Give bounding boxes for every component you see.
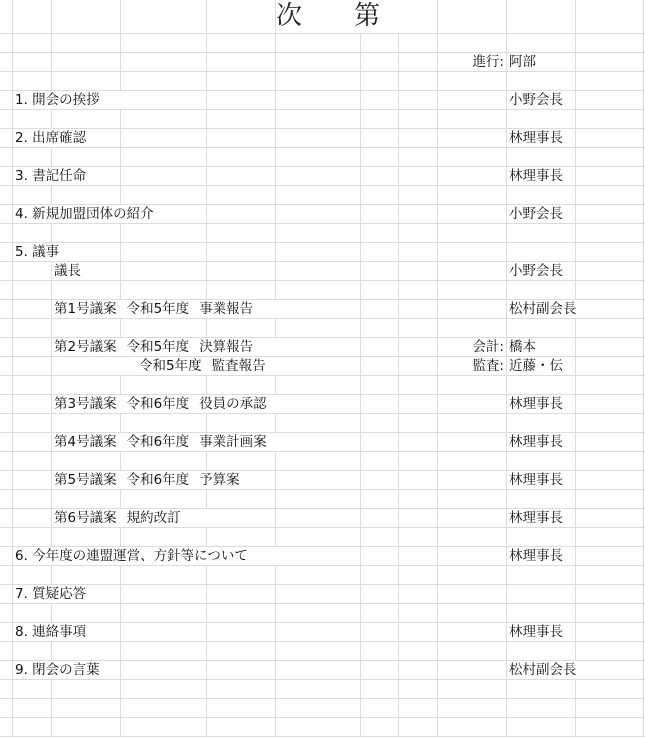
agenda-item-8[interactable]: 8. 連絡事項 <box>13 623 120 641</box>
chair-label[interactable]: 議長 <box>52 262 102 280</box>
agenda-item-2[interactable]: 2. 出席確認 <box>13 129 120 147</box>
bill-1[interactable]: 第1号議案令和5年度事業報告 <box>52 300 292 318</box>
bill-5-number: 第5号議案 <box>54 472 117 488</box>
grid-row-line <box>0 185 645 186</box>
bill-2-audit-role[interactable]: 監査: <box>438 357 506 375</box>
grid-row-line <box>0 33 645 34</box>
bill-2-year: 令和5年度 <box>127 339 190 355</box>
agenda-item-1[interactable]: 1. 開会の挨拶 <box>13 91 153 109</box>
agenda-item-4-person[interactable]: 小野会長 <box>507 205 575 223</box>
bill-2-number: 第2号議案 <box>54 339 117 355</box>
grid-row-line <box>0 280 645 281</box>
bill-2-audit-year: 令和5年度 <box>139 358 202 374</box>
agenda-item-6-person[interactable]: 林理事長 <box>507 547 575 565</box>
agenda-item-9[interactable]: 9. 閉会の言葉 <box>13 661 120 679</box>
grid-row-line <box>0 717 645 718</box>
bill-2-audit[interactable]: 令和5年度監査報告 <box>118 357 292 375</box>
agenda-item-8-person[interactable]: 林理事長 <box>507 623 575 641</box>
grid-row-line <box>0 698 645 699</box>
bill-4-number: 第4号議案 <box>54 434 117 450</box>
bill-2-role[interactable]: 会計: <box>438 338 506 356</box>
bill-6[interactable]: 第6号議案規約改訂 <box>52 509 212 527</box>
grid-row-line <box>0 147 645 148</box>
bill-5-year: 令和6年度 <box>127 472 190 488</box>
bill-3-person[interactable]: 林理事長 <box>507 395 575 413</box>
bill-2-audit-topic: 監査報告 <box>212 358 266 374</box>
agenda-item-6[interactable]: 6. 今年度の連盟運営、方針等について <box>13 547 285 565</box>
bill-4-topic: 事業計画案 <box>199 434 267 450</box>
bill-1-topic: 事業報告 <box>199 301 253 317</box>
agenda-item-7[interactable]: 7. 質疑応答 <box>13 585 120 603</box>
grid-column-line <box>398 0 399 737</box>
facilitator-name[interactable]: 阿部 <box>507 53 575 71</box>
grid-column-line <box>360 0 361 737</box>
grid-column-line <box>643 0 644 737</box>
grid-column-line <box>575 0 576 737</box>
grid-row-line <box>0 451 645 452</box>
grid-row-line <box>0 413 645 414</box>
bill-3-year: 令和6年度 <box>127 396 190 412</box>
bill-5-topic: 予算案 <box>199 472 240 488</box>
agenda-item-9-person[interactable]: 松村副会長 <box>507 661 595 679</box>
bill-6-number: 第6号議案 <box>54 510 117 526</box>
bill-2-topic: 決算報告 <box>199 339 253 355</box>
grid-row-line <box>0 527 645 528</box>
bill-3-topic: 役員の承認 <box>199 396 267 412</box>
grid-row-line <box>0 318 645 319</box>
grid-row-line <box>0 71 645 72</box>
chair-person[interactable]: 小野会長 <box>507 262 575 280</box>
agenda-item-2-person[interactable]: 林理事長 <box>507 129 575 147</box>
agenda-item-5[interactable]: 5. 議事 <box>13 243 73 261</box>
bill-6-topic: 規約改訂 <box>127 510 181 526</box>
bill-5[interactable]: 第5号議案令和6年度予算案 <box>52 471 274 489</box>
grid-row-line <box>0 603 645 604</box>
agenda-item-1-person[interactable]: 小野会長 <box>507 91 575 109</box>
grid-row-line <box>0 565 645 566</box>
bill-2-audit-person[interactable]: 近藤・伝 <box>507 357 575 375</box>
agenda-item-4[interactable]: 4. 新規加盟団体の紹介 <box>13 205 206 223</box>
agenda-item-3-person[interactable]: 林理事長 <box>507 167 575 185</box>
bill-1-year: 令和5年度 <box>127 301 190 317</box>
grid-row-line <box>0 641 645 642</box>
bill-2[interactable]: 第2号議案令和5年度決算報告 <box>52 338 292 356</box>
bill-1-person[interactable]: 松村副会長 <box>507 300 595 318</box>
grid-row-line <box>0 679 645 680</box>
grid-row-line <box>0 375 645 376</box>
grid-row-line <box>0 242 645 243</box>
sheet-title[interactable]: 次 第 <box>276 0 436 33</box>
bill-4-person[interactable]: 林理事長 <box>507 433 575 451</box>
bill-3-number: 第3号議案 <box>54 396 117 412</box>
bill-5-person[interactable]: 林理事長 <box>507 471 575 489</box>
bill-3[interactable]: 第3号議案令和6年度役員の承認 <box>52 395 302 413</box>
spreadsheet-grid[interactable]: 次 第 進行: 阿部 1. 開会の挨拶 小野会長 2. 出席確認 林理事長 3.… <box>0 0 645 737</box>
bill-6-person[interactable]: 林理事長 <box>507 509 575 527</box>
bill-2-person[interactable]: 橋本 <box>507 338 575 356</box>
grid-row-line <box>0 109 645 110</box>
grid-row-line <box>0 489 645 490</box>
grid-row-line <box>0 223 645 224</box>
agenda-item-3[interactable]: 3. 書記任命 <box>13 167 120 185</box>
bill-4[interactable]: 第4号議案令和6年度事業計画案 <box>52 433 302 451</box>
bill-1-number: 第1号議案 <box>54 301 117 317</box>
bill-4-year: 令和6年度 <box>127 434 190 450</box>
facilitator-label[interactable]: 進行: <box>438 53 506 71</box>
